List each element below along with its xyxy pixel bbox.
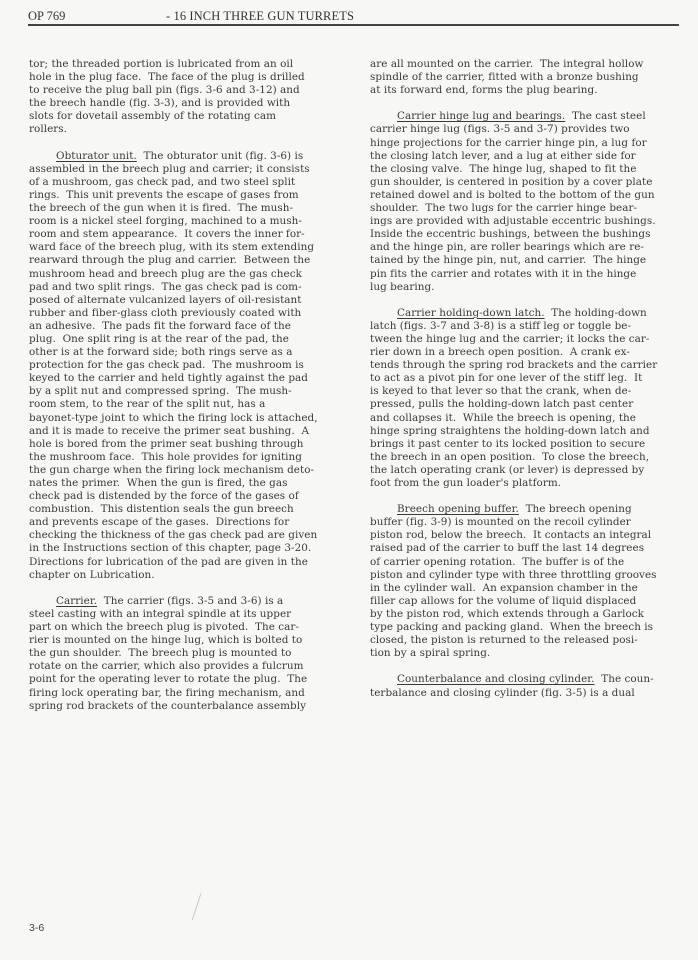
text-line: rearward through the plug and carrier. B…	[29, 254, 329, 267]
text-line: firing lock operating bar, the firing me…	[29, 687, 329, 700]
paragraph-carrier-hinge-lug: Carrier hinge lug and bearings. The cast…	[370, 110, 670, 293]
text-line: in the Instructions section of this chap…	[29, 542, 329, 555]
text-line: steel casting with an integral spindle a…	[29, 608, 329, 621]
text-line: checking the thickness of the gas check …	[29, 529, 329, 542]
paragraph-obturator-unit: Obturator unit. The obturator unit (fig.…	[29, 150, 329, 582]
text-line: rubber and fiber-glass cloth previously …	[29, 307, 329, 320]
text-line: the breech in an open position. To close…	[370, 451, 670, 464]
text-line: hinge spring straightens the holding-dow…	[370, 425, 670, 438]
text-line: the closing valve. The hinge lug, shaped…	[370, 163, 670, 176]
text-line: hole is bored from the primer seat bushi…	[29, 438, 329, 451]
text-line: the breech handle (fig. 3-3), and is pro…	[29, 97, 329, 110]
text-line: rollers.	[29, 123, 329, 136]
text-line: and it is made to receive the primer sea…	[29, 425, 329, 438]
text-line: tween the hinge lug and the carrier; it …	[370, 333, 670, 346]
text-fragment: The cast steel	[565, 110, 645, 122]
text-line: of a mushroom, gas check pad, and two st…	[29, 176, 329, 189]
text-line: ward face of the breech plug, with its s…	[29, 241, 329, 254]
text-line: the mushroom face. This hole provides fo…	[29, 451, 329, 464]
text-line: and collapses it. While the breech is op…	[370, 412, 670, 425]
text-line: tained by the hinge pin, nut, and carrie…	[370, 254, 670, 267]
text-line: the gun charge when the firing lock mech…	[29, 464, 329, 477]
left-column: tor; the threaded portion is lubricated …	[29, 58, 329, 713]
text-line: filler cap allows for the volume of liqu…	[370, 595, 670, 608]
text-line: room and stem appearance. It covers the …	[29, 228, 329, 241]
text-line: tor; the threaded portion is lubricated …	[29, 58, 329, 71]
text-line: other is at the forward side; both rings…	[29, 346, 329, 359]
text-line: closed, the piston is returned to the re…	[370, 634, 670, 647]
text-line: pad and two split rings. The gas check p…	[29, 281, 329, 294]
text-fragment: The breech opening	[519, 503, 632, 515]
text-line: spindle of the carrier, fitted with a br…	[370, 71, 670, 84]
paragraph-breech-opening-buffer: Breech opening buffer. The breech openin…	[370, 503, 670, 660]
text-line: is keyed to that lever so that the crank…	[370, 385, 670, 398]
text-line: are all mounted on the carrier. The inte…	[370, 58, 670, 71]
text-line: spring rod brackets of the counterbalanc…	[29, 700, 329, 713]
text-line: foot from the gun loader's platform.	[370, 477, 670, 490]
text-line: the latch operating crank (or lever) is …	[370, 464, 670, 477]
text-line: terbalance and closing cylinder (fig. 3-…	[370, 687, 670, 700]
text-line: part on which the breech plug is pivoted…	[29, 621, 329, 634]
text-line: retained dowel and is bolted to the bott…	[370, 189, 670, 202]
text-line: piston and cylinder type with three thro…	[370, 569, 670, 582]
text-line: combustion. This distention seals the gu…	[29, 503, 329, 516]
text-line: protection for the gas check pad. The mu…	[29, 359, 329, 372]
document-id: OP 769	[28, 10, 65, 23]
text-line: bayonet-type joint to which the firing l…	[29, 412, 329, 425]
text-line: buffer (fig. 3-9) is mounted on the reco…	[370, 516, 670, 529]
text-line: an adhesive. The pads fit the forward fa…	[29, 320, 329, 333]
text-line: check pad is distended by the force of t…	[29, 490, 329, 503]
section-heading-holding-down-latch: Carrier holding-down latch.	[397, 307, 545, 319]
text-line: tion by a spiral spring.	[370, 647, 670, 660]
text-line: at its forward end, forms the plug beari…	[370, 84, 670, 97]
text-fragment: The obturator unit (fig. 3-6) is	[137, 150, 303, 162]
page-number: 3-6	[29, 922, 44, 934]
text-line: rier down in a breech open position. A c…	[370, 346, 670, 359]
text-line: posed of alternate vulcanized layers of …	[29, 294, 329, 307]
text-line: Inside the eccentric bushings, between t…	[370, 228, 670, 241]
page-header: OP 769 - 16 INCH THREE GUN TURRETS	[28, 10, 679, 26]
text-line: room is a nickel steel forging, machined…	[29, 215, 329, 228]
text-line: ings are provided with adjustable eccent…	[370, 215, 670, 228]
section-heading-obturator-unit: Obturator unit.	[56, 150, 137, 162]
paragraph-holding-down-latch: Carrier holding-down latch. The holding-…	[370, 307, 670, 490]
text-line: to receive the plug ball pin (figs. 3-6 …	[29, 84, 329, 97]
text-line: room stem, to the rear of the split nut,…	[29, 398, 329, 411]
text-line: rotate on the carrier, which also provid…	[29, 660, 329, 673]
right-column: are all mounted on the carrier. The inte…	[370, 58, 670, 700]
text-line: carrier hinge lug (figs. 3-5 and 3-7) pr…	[370, 123, 670, 136]
text-line: raised pad of the carrier to buff the la…	[370, 542, 670, 555]
text-line: point for the operating lever to rotate …	[29, 673, 329, 686]
text-line: and prevents escape of the gases. Direct…	[29, 516, 329, 529]
text-line: pin fits the carrier and rotates with it…	[370, 268, 670, 281]
text-line: gun shoulder, is centered in position by…	[370, 176, 670, 189]
section-heading-carrier: Carrier.	[56, 595, 97, 607]
scan-artifact-mark	[192, 894, 202, 921]
text-line: pressed, pulls the holding-down latch pa…	[370, 398, 670, 411]
text-line: and the hinge pin, are roller bearings w…	[370, 241, 670, 254]
text-fragment: The holding-down	[545, 307, 647, 319]
text-line: latch (figs. 3-7 and 3-8) is a stiff leg…	[370, 320, 670, 333]
text-line: keyed to the carrier and held tightly ag…	[29, 372, 329, 385]
text-line: by a split nut and compressed spring. Th…	[29, 385, 329, 398]
text-line: lug bearing.	[370, 281, 670, 294]
paragraph-intro: tor; the threaded portion is lubricated …	[29, 58, 329, 137]
text-line: the breech of the gun when it is fired. …	[29, 202, 329, 215]
text-line: rings. This unit prevents the escape of …	[29, 189, 329, 202]
section-heading-breech-opening-buffer: Breech opening buffer.	[397, 503, 519, 515]
text-line: brings it past center to its locked posi…	[370, 438, 670, 451]
text-line: hole in the plug face. The face of the p…	[29, 71, 329, 84]
text-line: by the piston rod, which extends through…	[370, 608, 670, 621]
text-fragment: The carrier (figs. 3-5 and 3-6) is a	[97, 595, 283, 607]
text-line: the closing latch lever, and a lug at ei…	[370, 150, 670, 163]
paragraph-counterbalance-cylinder: Counterbalance and closing cylinder. The…	[370, 673, 670, 699]
text-line: shoulder. The two lugs for the carrier h…	[370, 202, 670, 215]
text-line: assembled in the breech plug and carrier…	[29, 163, 329, 176]
text-line: plug. One split ring is at the rear of t…	[29, 333, 329, 346]
text-line: the gun shoulder. The breech plug is mou…	[29, 647, 329, 660]
paragraph-carrier: Carrier. The carrier (figs. 3-5 and 3-6)…	[29, 595, 329, 713]
text-line: slots for dovetail assembly of the rotat…	[29, 110, 329, 123]
text-line: to act as a pivot pin for one lever of t…	[370, 372, 670, 385]
running-title: - 16 INCH THREE GUN TURRETS	[166, 10, 354, 23]
text-line: nates the primer. When the gun is fired,…	[29, 477, 329, 490]
text-fragment: The coun-	[595, 673, 654, 685]
text-line: chapter on Lubrication.	[29, 569, 329, 582]
paragraph-carrier-continued: are all mounted on the carrier. The inte…	[370, 58, 670, 97]
text-line: Directions for lubrication of the pad ar…	[29, 556, 329, 569]
text-line: of carrier opening rotation. The buffer …	[370, 556, 670, 569]
text-line: in the cylinder wall. An expansion chamb…	[370, 582, 670, 595]
text-line: piston rod, below the breech. It contact…	[370, 529, 670, 542]
section-heading-counterbalance-cylinder: Counterbalance and closing cylinder.	[397, 673, 595, 685]
text-line: rier is mounted on the hinge lug, which …	[29, 634, 329, 647]
section-heading-carrier-hinge-lug: Carrier hinge lug and bearings.	[397, 110, 565, 122]
text-line: hinge projections for the carrier hinge …	[370, 137, 670, 150]
text-line: tends through the spring rod brackets an…	[370, 359, 670, 372]
text-line: mushroom head and breech plug are the ga…	[29, 268, 329, 281]
text-line: type packing and packing gland. When the…	[370, 621, 670, 634]
